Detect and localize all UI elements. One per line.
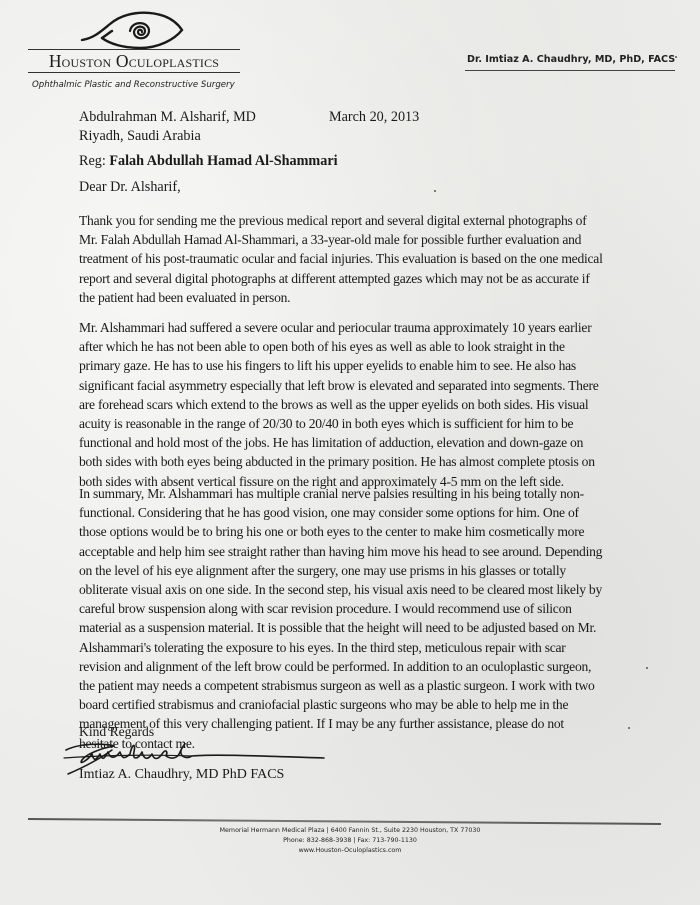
paragraph-clinical-findings: Mr. Alshammari had suffered a severe ocu… [79, 318, 659, 491]
paragraph-summary-recommendations: In summary, Mr. Alshammari has multiple … [79, 484, 659, 753]
paragraph-line: on the level of his eye alignment after … [79, 561, 659, 580]
paragraph-line: revision and alignment of the left brow … [79, 657, 659, 676]
paragraph-line: Mr. Falah Abdullah Hamad Al-Shammari, a … [79, 230, 659, 249]
recipient-name: Abdulrahman M. Alsharif, MD [79, 109, 256, 126]
paragraph-line: obliterate visual axis on one side. In t… [79, 580, 659, 599]
footer-rule [28, 818, 661, 825]
paragraph-line: the patient may needs a competent strabi… [79, 676, 659, 695]
footer-address: Memorial Hermann Medical Plaza | 6400 Fa… [180, 826, 520, 836]
brand-tagline: Ophthalmic Plastic and Reconstructive Su… [32, 80, 235, 90]
paragraph-line: management of this very challenging pati… [79, 714, 659, 733]
recipient-location: Riyadh, Saudi Arabia [79, 128, 201, 145]
paragraph-line: In summary, Mr. Alshammari has multiple … [79, 484, 659, 503]
paragraph-line: functional and hold most of the jobs. He… [79, 433, 659, 452]
paragraph-line: acuity is reasonable in the range of 20/… [79, 414, 659, 433]
patient-name: Falah Abdullah Hamad Al-Shammari [109, 153, 337, 169]
paragraph-line: material as a suspension material. It is… [79, 618, 659, 637]
salutation: Dear Dr. Alsharif, [79, 179, 181, 196]
regarding-label: Reg: [79, 153, 106, 169]
brand-rule-top [28, 49, 240, 50]
paragraph-line: treatment of his post-traumatic ocular a… [79, 249, 659, 268]
letterhead-footer: Memorial Hermann Medical Plaza | 6400 Fa… [180, 826, 520, 856]
paragraph-line: both sides with both eyes being abducted… [79, 452, 659, 471]
paragraph-line: Alshammari's tolerating the exposure to … [79, 638, 659, 657]
brand-name: Houston Oculoplastics [28, 51, 240, 72]
letterhead-doctor-name: Dr. Imtiaz A. Chaudhry, MD, PhD, FACS [467, 54, 675, 65]
eye-spiral-icon [80, 4, 200, 52]
paragraph-line: Thank you for sending me the previous me… [79, 211, 659, 230]
paragraph-line: the patient had been evaluated in person… [79, 288, 659, 307]
paragraph-line: primary gaze. He has to use his fingers … [79, 356, 659, 375]
paragraph-line: report and several digital photographs a… [79, 269, 659, 288]
brand-rule-bottom [28, 72, 240, 73]
letter-page: Houston Oculoplastics Ophthalmic Plastic… [0, 0, 700, 905]
footer-website: www.Houston-Oculoplastics.com [180, 846, 520, 856]
paragraph-line: significant facial asymmetry especially … [79, 376, 659, 395]
regarding-line: Reg: Falah Abdullah Hamad Al-Shammari [79, 153, 338, 170]
footer-contact: Phone: 832-868-3938 | Fax: 713-790-1130 [180, 836, 520, 846]
paragraph-line: are forehead scars which extend to the b… [79, 395, 659, 414]
paragraph-line: those options would be to bring his one … [79, 522, 659, 541]
paragraph-line: Mr. Alshammari had suffered a severe ocu… [79, 318, 659, 337]
paragraph-line: functional. Considering that he has good… [79, 503, 659, 522]
doctor-name-rule [465, 70, 675, 71]
paragraph-line: board certified strabismus and craniofac… [79, 695, 659, 714]
paragraph-line: careful brow suspension along with scar … [79, 599, 659, 618]
paragraph-line: after which he has not been able to open… [79, 337, 659, 356]
paragraph-line: acceptable and help him see straight rat… [79, 542, 659, 561]
paragraph-introduction: Thank you for sending me the previous me… [79, 211, 659, 307]
signer-name: Imtiaz A. Chaudhry, MD PhD FACS [79, 767, 284, 783]
letter-date: March 20, 2013 [329, 109, 419, 126]
